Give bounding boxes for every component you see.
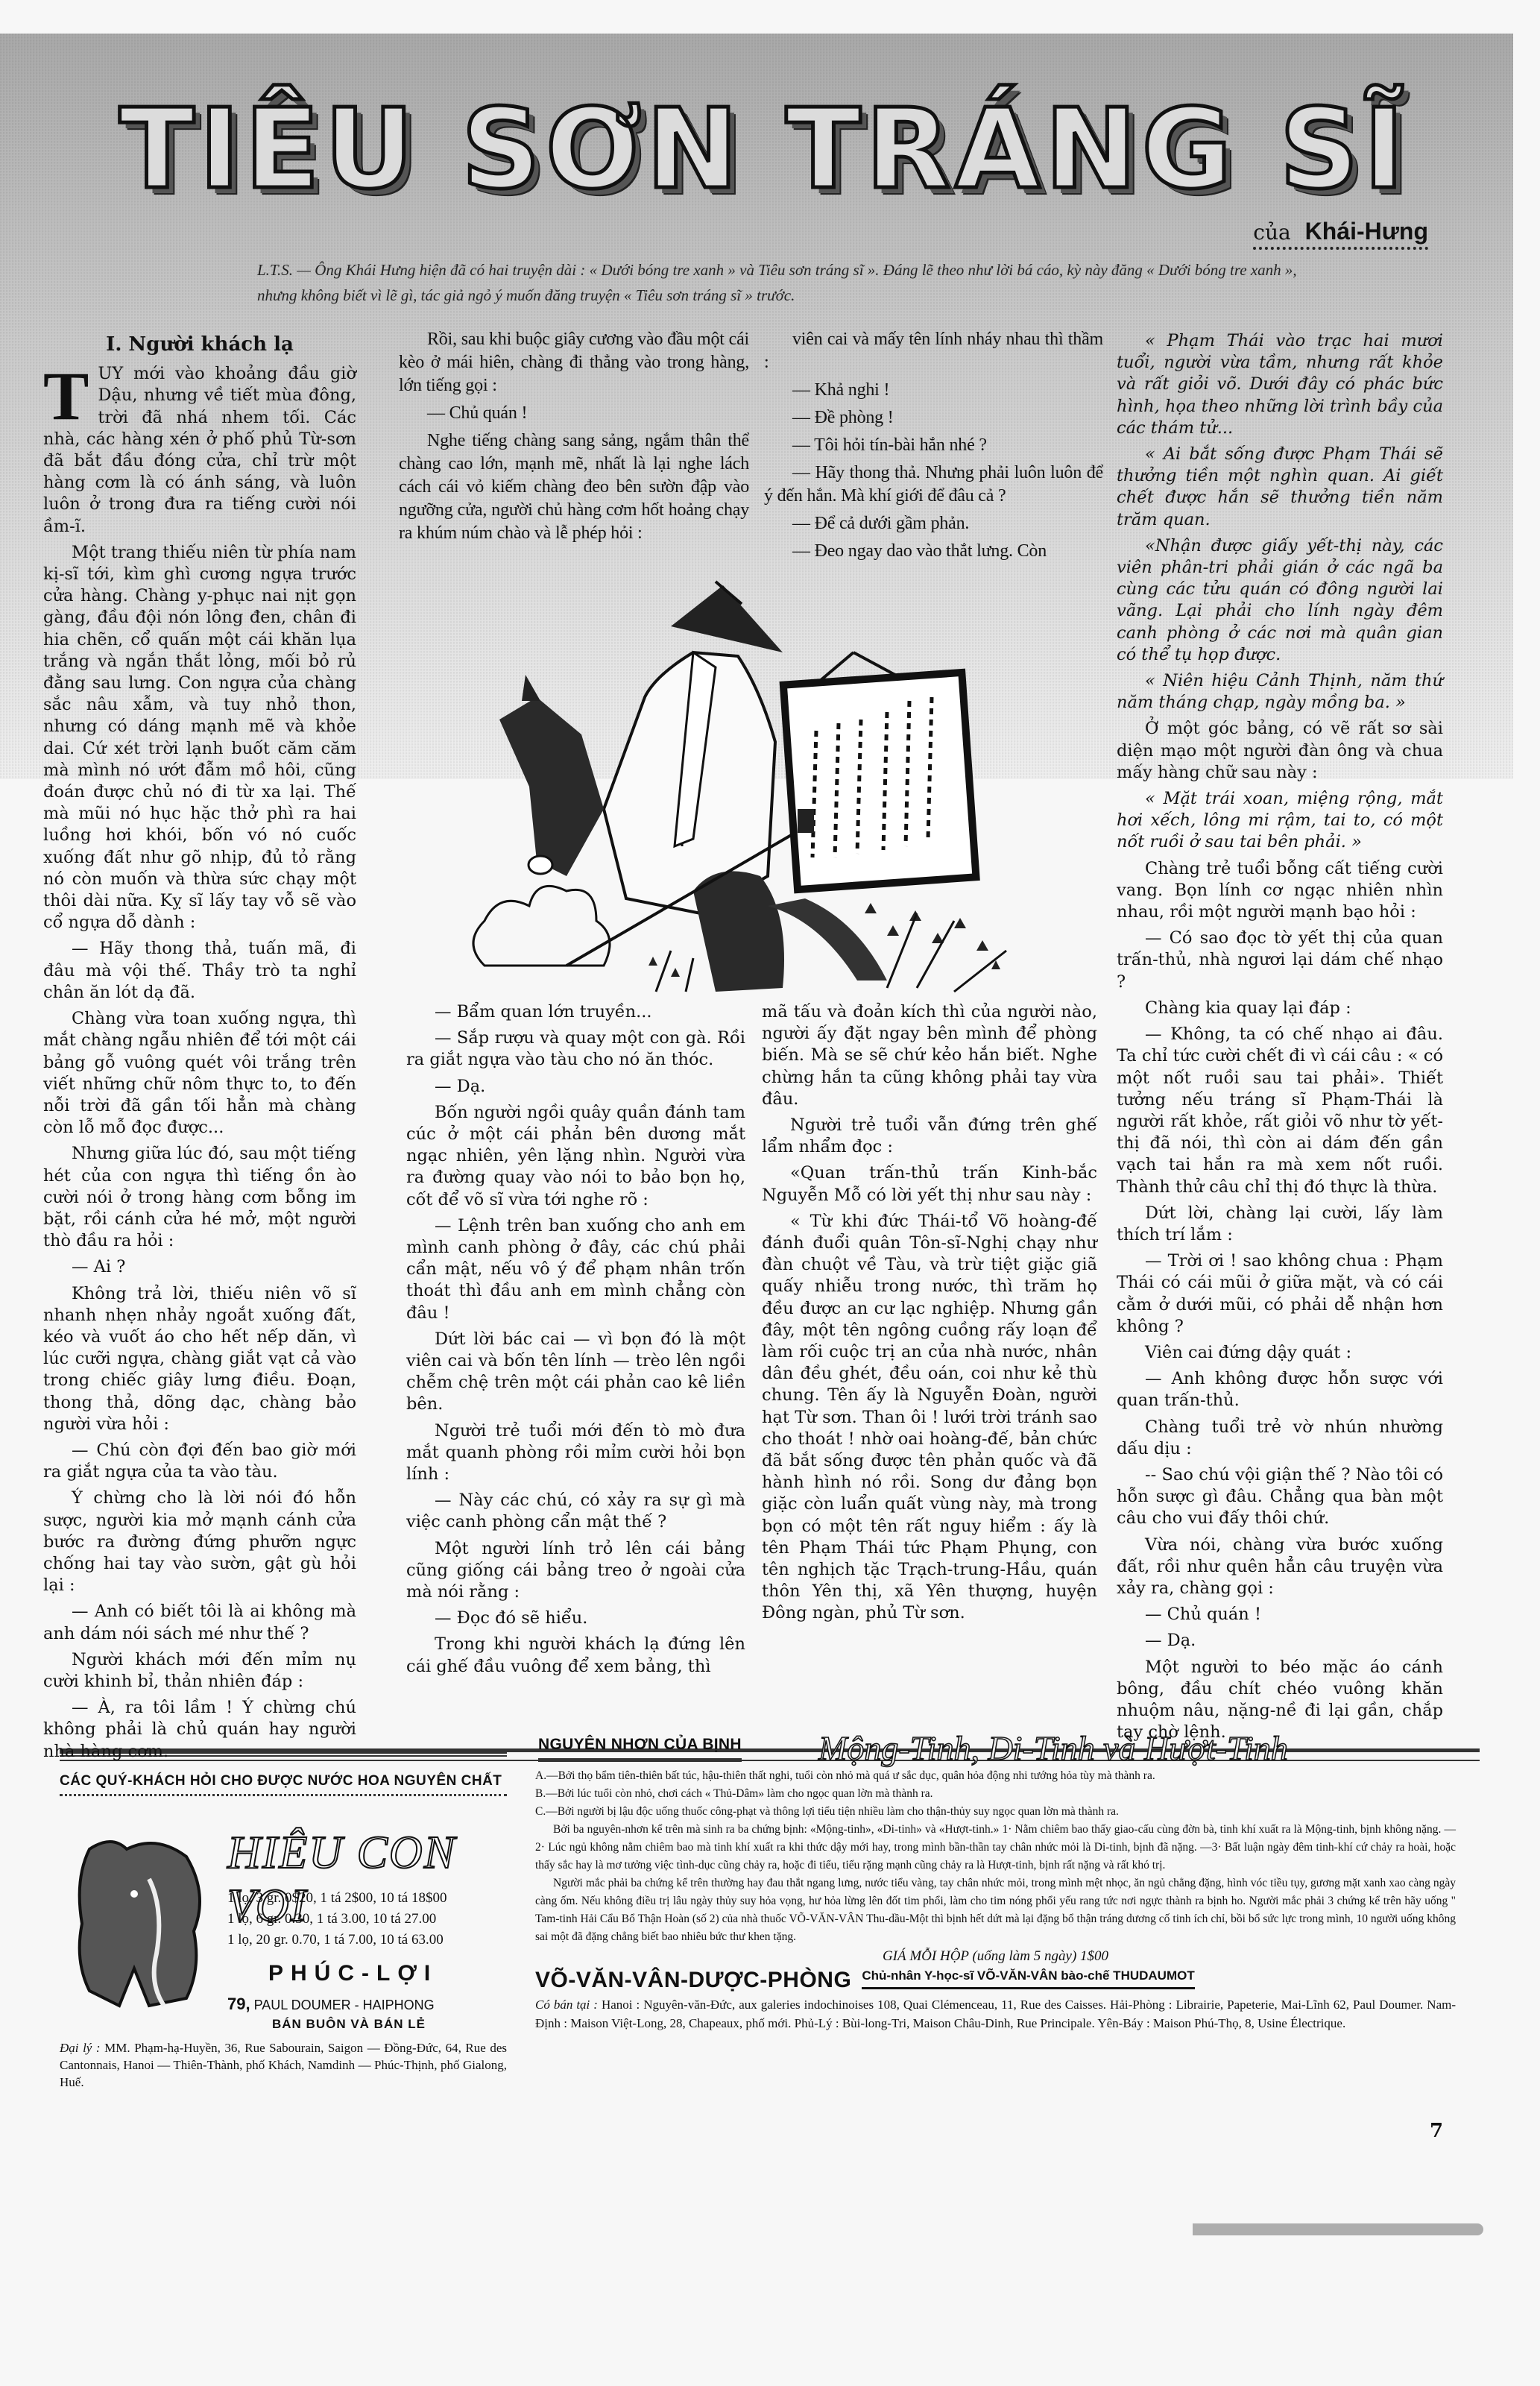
paragraph: Ở một góc bảng, có vẽ rất sơ sài diện mạ… (1117, 718, 1443, 784)
ad-paragraph: Người mắc phải ba chứng kể trên thường h… (535, 1875, 1456, 1946)
address-number: 79, (227, 1995, 250, 2013)
paragraph: UY mới vào khoảng đầu giờ Dậu, nhưng về … (43, 363, 356, 538)
print-smudge (1193, 2223, 1483, 2235)
paragraph: Chàng trẻ tuổi bỗng cất tiếng cười vang.… (1117, 858, 1443, 924)
paragraph: mã tấu và đoản kích thì của người nào, n… (762, 1001, 1097, 1110)
paragraph: Không trả lời, thiếu niên võ sĩ nhanh nh… (43, 1283, 356, 1435)
stockists: Có bán tại : Hanoi : Nguyên-văn-Đức, aux… (535, 1995, 1456, 2033)
paragraph: Chàng tuổi trẻ vờ nhún nhường dấu dịu : (1117, 1417, 1443, 1460)
paragraph: — Hãy thong thả, tuấn mã, đi đâu mà vội … (43, 938, 356, 1004)
ad-body: A.—Bởi thọ bẩm tiên-thiên bất túc, hậu-t… (535, 1767, 1456, 2033)
col1-paragraphs: UY mới vào khoảng đầu giờ Dậu, nhưng về … (43, 363, 356, 1763)
sale-type: BÁN BUÔN VÀ BÁN LẺ (272, 2017, 426, 2032)
paragraph: — Dạ. (1117, 1630, 1443, 1652)
page-number: 7 (1430, 2120, 1443, 2142)
byline: của Khái-Hưng (1253, 218, 1428, 250)
page-title: TIÊU SƠN TRÁNG SĨ (119, 85, 1409, 213)
stockists-label: Có bán tại : (535, 1998, 598, 2012)
paragraph: Chàng kia quay lại đáp : (1117, 998, 1443, 1019)
ad-paragraph: Bởi ba nguyên-nhơn kể trên mà sinh ra ba… (535, 1821, 1456, 1875)
medicine-advertisement: NGUYÊN NHƠN CỦA BỊNH Mộng-Tinh, Di-Tinh … (535, 1728, 1459, 2079)
paragraph: — Hãy thong thả. Nhưng phải luôn luôn để… (764, 462, 1103, 508)
paragraph: — Đeo ngay dao vào thắt lưng. Còn (764, 540, 1103, 563)
author-name: Khái-Hưng (1305, 218, 1428, 245)
paragraph: Vừa nói, chàng vừa bước xuống đất, rồi n… (1117, 1534, 1443, 1600)
paragraph: « Niên hiệu Cảnh Thịnh, năm thứ năm thán… (1117, 670, 1443, 714)
paragraph: Chàng vừa toan xuống ngựa, thì mắt chàng… (43, 1008, 356, 1139)
paragraph: Dứt lời, chàng lại cười, lấy làm thích t… (1117, 1203, 1443, 1246)
byline-prefix: của (1253, 220, 1290, 245)
paragraph: — Anh có biết tôi là ai không mà anh dám… (43, 1601, 356, 1644)
article-column-4: « Phạm Thái vào trạc hai mươi tuổi, ngườ… (1117, 330, 1443, 1748)
price-row: 1 lọ, 3 gr. 0$20, 1 tá 2$00, 10 tá 18$00 (227, 1888, 446, 1909)
article-column-1: I. Người khách lạ T UY mới vào khoảng đầ… (43, 334, 356, 1767)
paragraph: « Ai bắt sống được Phạm Thái sẽ thưởng t… (1117, 444, 1443, 531)
company-address: 79, PAUL DOUMER - HAIPHONG (227, 1995, 435, 2014)
paragraph: Người khách mới đến mỉm nụ cười khinh bỉ… (43, 1649, 356, 1693)
paragraph: — Anh không được hỗn sược với quan trấn-… (1117, 1368, 1443, 1411)
paragraph: «Quan trấn-thủ trấn Kinh-bắc Nguyễn Mỗ c… (762, 1162, 1097, 1206)
paragraph: « Từ khi đức Thái-tổ Võ hoàng-đế đánh đu… (762, 1211, 1097, 1625)
paragraph: — Không, ta có chế nhạo ai đâu. Ta chỉ t… (1117, 1024, 1443, 1198)
paragraph: — À, ra tôi lầm ! Ý chừng chú không phải… (43, 1697, 356, 1763)
paragraph: «Nhận được giấy yết-thị này, các viên ph… (1117, 535, 1443, 666)
article-column-3-bottom: mã tấu và đoản kích thì của người nào, n… (762, 1001, 1097, 1629)
masthead: TIÊU SƠN TRÁNG SĨ (75, 89, 1454, 209)
paragraph: Ý chừng cho là lời nói đó hỗn sược, ngườ… (43, 1488, 356, 1596)
col2-top-paragraphs: Rồi, sau khi buộc giây cương vào đầu một… (399, 328, 749, 545)
paragraph: Viên cai đứng dậy quát : (1117, 1342, 1443, 1364)
price-list: 1 lọ, 3 gr. 0$20, 1 tá 2$00, 10 tá 18$00… (227, 1888, 446, 1951)
paragraph: Người trẻ tuổi vẫn đứng trên ghế lẩm nhẩ… (762, 1115, 1097, 1158)
price-row: 1 lọ, 6 gr. 0.30, 1 tá 3.00, 10 tá 27.00 (227, 1909, 446, 1930)
paragraph: Một người lính trỏ lên cái bảng cũng giố… (406, 1538, 745, 1604)
paragraph: viên cai và mấy tên lính nháy nhau thì t… (764, 328, 1103, 374)
agents-text: MM. Phạm-hạ-Huyền, 36, Rue Sabourain, Sa… (60, 2041, 507, 2089)
paragraph: — Bẩm quan lớn truyền... (406, 1001, 745, 1023)
price-row: 1 lọ, 20 gr. 0.70, 1 tá 7.00, 10 tá 63.0… (227, 1930, 446, 1951)
stockists-text: Hanoi : Nguyên-văn-Đức, aux galeries ind… (535, 1998, 1456, 2030)
dropcap: T (43, 366, 89, 426)
paragraph: « Mặt trái xoan, miệng rộng, mắt hơi xếc… (1117, 788, 1443, 854)
paragraph: — Chủ quán ! (1117, 1604, 1443, 1625)
paragraph: — Chú còn đợi đến bao giờ mới ra giắt ng… (43, 1440, 356, 1483)
paragraph: — Này các chú, có xảy ra sự gì mà việc c… (406, 1490, 745, 1533)
article-column-2-bottom: — Bẩm quan lớn truyền...— Sắp rượu và qu… (406, 1001, 745, 1682)
editor-note: L.T.S. — Ông Khái Hưng hiện đã có hai tr… (257, 257, 1301, 308)
section-title: I. Người khách lạ (43, 334, 356, 356)
cause-c: C.—Bởi người bị lậu độc uống thuốc công-… (535, 1803, 1456, 1821)
paragraph: Dứt lời bác cai — vì bọn đó là một viên … (406, 1329, 745, 1416)
paragraph: — Ai ? (43, 1256, 356, 1278)
pharmacy-row: VÕ-VĂN-VÂN-DƯỢC-PHÒNG Chủ-nhân Y-học-sĩ … (535, 1967, 1456, 1989)
paragraph: — Có sao đọc tờ yết thị của quan trấn-th… (1117, 928, 1443, 993)
agents-label: Đại lý : (60, 2041, 101, 2055)
paragraph: — Đề phòng ! (764, 406, 1103, 429)
col3-top-paragraphs: viên cai và mấy tên lính nháy nhau thì t… (764, 328, 1103, 563)
col2-bottom-paragraphs: — Bẩm quan lớn truyền...— Sắp rượu và qu… (406, 1001, 745, 1678)
perfume-advertisement: CÁC QUÝ-KHÁCH HỎI CHO ĐƯỢC NƯỚC HOA NGUY… (60, 1745, 507, 2073)
paragraph: Người trẻ tuổi mới đến tò mò đưa mắt qua… (406, 1420, 745, 1486)
horseman-reading-notice-icon (470, 563, 1036, 995)
col3-bottom-paragraphs: mã tấu và đoản kích thì của người nào, n… (762, 1001, 1097, 1625)
cause-a: A.—Bởi thọ bẩm tiên-thiên bất túc, hậu-t… (535, 1767, 1456, 1785)
paragraph: — Tôi hỏi tín-bài hắn nhé ? (764, 434, 1103, 457)
paragraph: Một trang thiếu niên từ phía nam kị-sĩ t… (43, 542, 356, 934)
elephant-icon (67, 1834, 216, 2013)
paragraph: Rồi, sau khi buộc giây cương vào đầu một… (399, 328, 749, 397)
paragraph: — Đọc đó sẽ hiểu. (406, 1608, 745, 1629)
paragraph: — Trời ơi ! sao không chua : Phạm Thái c… (1117, 1250, 1443, 1338)
paragraph: Nhưng giữa lúc đó, sau một tiếng hét của… (43, 1143, 356, 1252)
paragraph: — Để cả dưới gầm phản. (764, 512, 1103, 535)
col4-paragraphs: « Phạm Thái vào trạc hai mươi tuổi, ngườ… (1117, 330, 1443, 1743)
cause-b: B.—Bởi lúc tuổi còn nhỏ, chơi cách « Thủ… (535, 1785, 1456, 1803)
company-name: PHÚC-LỢI (268, 1961, 438, 1986)
illustration-horseman (470, 563, 1036, 995)
paragraph: Nghe tiếng chàng sang sảng, ngắm thân th… (399, 429, 749, 545)
paragraph: Một người to béo mặc áo cánh bông, đầu c… (1117, 1657, 1443, 1744)
paragraph: — Khả nghi ! (764, 379, 1103, 402)
paragraph: — Sắp rượu và quay một con gà. Rồi ra gi… (406, 1027, 745, 1071)
paragraph: -- Sao chú vội giận thế ? Nào tôi có hỗn… (1117, 1464, 1443, 1530)
pharmacy-owner: Chủ-nhân Y-học-sĩ VÕ-VĂN-VÂN bào-chế THU… (862, 1967, 1194, 1989)
paragraph: Trong khi người khách lạ đứng lên cái gh… (406, 1634, 745, 1677)
cause-label: NGUYÊN NHƠN CỦA BỊNH (538, 1736, 742, 1762)
ad-tagline: CÁC QUÝ-KHÁCH HỎI CHO ĐƯỢC NƯỚC HOA NGUY… (60, 1773, 507, 1796)
paragraph: — Chủ quán ! (399, 402, 749, 425)
paragraph: « Phạm Thái vào trạc hai mươi tuổi, ngườ… (1117, 330, 1443, 439)
paragraph: Bốn người ngồi quây quần đánh tam cúc ở … (406, 1102, 745, 1211)
pharmacy-name: VÕ-VĂN-VÂN-DƯỢC-PHÒNG (535, 1971, 851, 1989)
paragraph: — Dạ. (406, 1076, 745, 1098)
address-street: PAUL DOUMER - HAIPHONG (254, 1998, 435, 2012)
box-price: GIÁ MỖI HỘP (uống làm 5 ngày) 1$00 (535, 1948, 1456, 1965)
agents-list: Đại lý : MM. Phạm-hạ-Huyền, 36, Rue Sabo… (60, 2039, 507, 2091)
paragraph: — Lệnh trên ban xuống cho anh em mình ca… (406, 1215, 745, 1324)
article-column-3-top: viên cai và mấy tên lính nháy nhau thì t… (764, 328, 1103, 567)
article-column-2-top: Rồi, sau khi buộc giây cương vào đầu một… (399, 328, 749, 550)
